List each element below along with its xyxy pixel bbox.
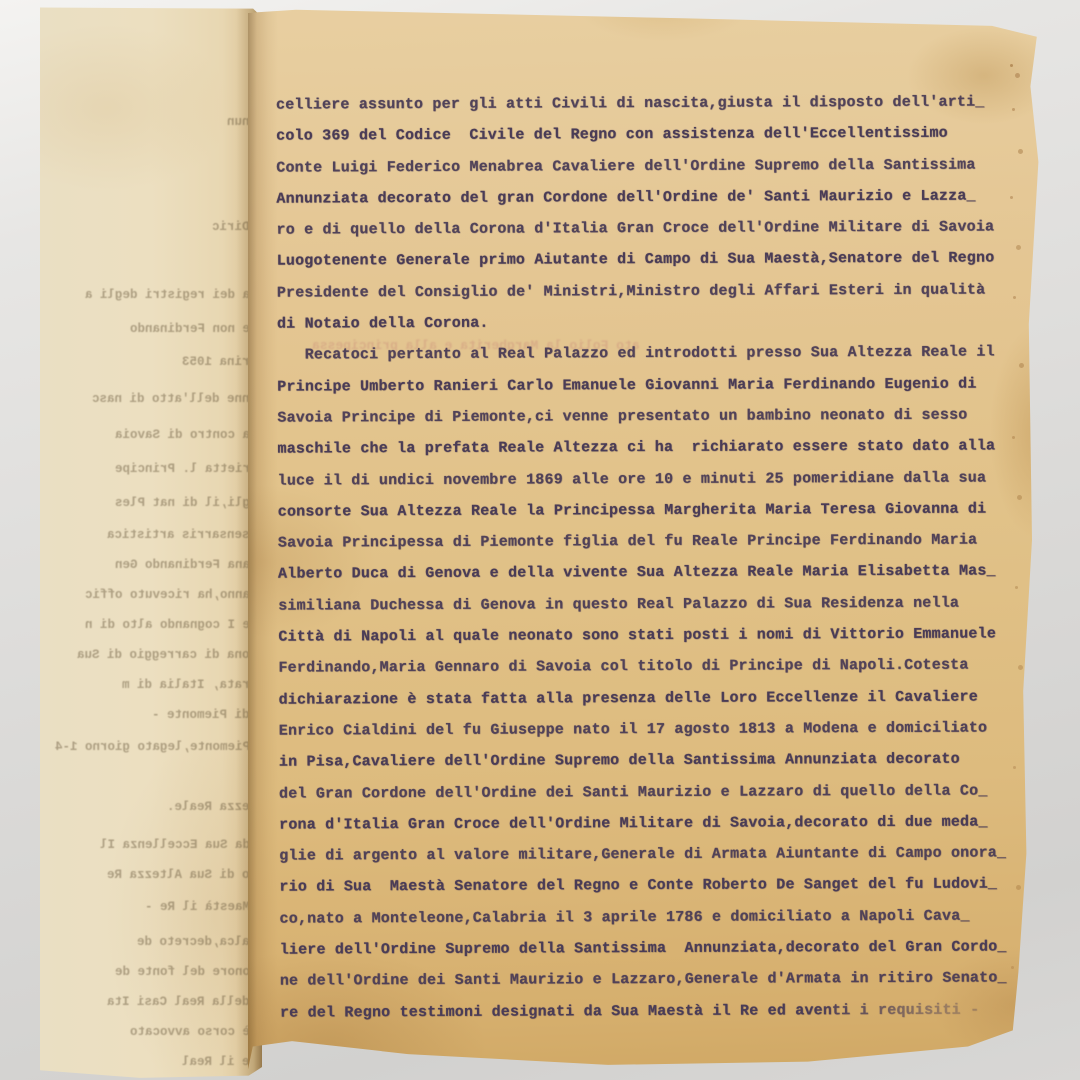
ghost-text-line: o di Sua Altezza Re: [107, 868, 250, 882]
text-line: Presidente del Consiglio de' Ministri,Mi…: [277, 281, 1021, 316]
ghost-text-line: alca,decreto de: [137, 935, 250, 949]
text-line: Recatoci pertanto al Real Palazzo ed int…: [277, 344, 1021, 379]
text-line: Annunziata decorato del gran Cordone del…: [276, 187, 1020, 222]
ghost-text-line: a dei registri degli a: [85, 288, 250, 302]
text-line: Savoia Principessa di Piemonte figlia de…: [278, 532, 1022, 567]
ghost-text-line: rata, Italia di m: [122, 678, 250, 692]
text-line: Enrico Cialdini del fu Giuseppe nato il …: [279, 719, 1023, 754]
text-line: del Gran Cordone dell'Ordine dei Santi M…: [279, 782, 1023, 817]
typewritten-text: celliere assunto per gli atti Civili di …: [276, 93, 1024, 1035]
ghost-text-line: a contro di Savoia: [115, 428, 250, 442]
ghost-text-line: Piemonte,legato giorno 1-4: [55, 740, 250, 754]
text-line: Città di Napoli al quale neonato sono st…: [278, 625, 1022, 660]
ghost-text-line: onore del fonte de: [115, 965, 250, 979]
text-line: ro e di quello della Corona d'Italia Gra…: [277, 219, 1021, 254]
text-line: Alberto Duca di Genova e della vivente S…: [278, 563, 1022, 598]
document-page: ato Folio la Margherita e alla principes…: [248, 0, 1048, 1080]
text-line: di Notaio della Corona.: [277, 312, 1021, 347]
ghost-text-line: anno,ha ricevuto offic: [85, 588, 250, 602]
ghost-text-line: ana Ferdinando Gen: [115, 558, 250, 572]
text-line: re del Regno testimoni designati da Sua …: [280, 1001, 1024, 1036]
ghost-text-line: nne dell'atto di nasc: [92, 392, 250, 406]
text-line: rio di Sua Maestà Senatore del Regno e C…: [279, 876, 1023, 911]
photographed-document: nunDirica dei registri degli ae non Ferd…: [0, 0, 1080, 1080]
ghost-text-line: della Real Casi Ita: [107, 995, 250, 1009]
text-line: rona d'Italia Gran Croce dell'Ordine Mil…: [279, 813, 1023, 848]
ghost-text-line: sensarris artistica: [107, 528, 250, 542]
text-line: similiana Duchessa di Genova in questo R…: [278, 594, 1022, 629]
ghost-text-line: e I cognando alto di n: [85, 618, 250, 632]
ghost-text-line: da Sua Eccellenza Il: [100, 838, 250, 852]
text-line: in Pisa,Cavaliere dell'Ordine Supremo de…: [279, 751, 1023, 786]
text-line: luce il di undici novembre 1869 alle ore…: [278, 469, 1022, 504]
text-line: colo 369 del Codice Civile del Regno con…: [276, 125, 1020, 160]
ghost-text-line: è corso avvocato: [130, 1025, 250, 1039]
edge-speckles: [1010, 64, 1013, 67]
text-line: Principe Umberto Ranieri Carlo Emanuele …: [277, 375, 1021, 410]
bottom-right-smudge: [978, 1036, 1025, 1074]
text-line: maschile che la prefata Reale Altezza ci…: [277, 438, 1021, 473]
gutter-shadow: [248, 0, 278, 1080]
text-line: co,nato a Monteleone,Calabria il 3 april…: [280, 907, 1024, 942]
text-line: ne dell'Ordine dei Santi Maurizio e Lazz…: [280, 970, 1024, 1005]
ghost-text-line: e non Ferdinando: [130, 322, 250, 336]
previous-page-verso: nunDirica dei registri degli ae non Ferd…: [40, 0, 262, 1080]
text-line: dichiarazione è stata fatta alla presenz…: [279, 688, 1023, 723]
text-line: consorte Sua Altezza Reale la Principess…: [278, 500, 1022, 535]
text-line: glie di argento al valore militare,Gener…: [279, 844, 1023, 879]
ghost-text-line: ona di carreggio di Sua: [77, 648, 250, 662]
ghost-text-line: rietta l. Principe: [115, 462, 250, 476]
ghost-text-line: Maestà il Re -: [145, 900, 250, 914]
text-line: celliere assunto per gli atti Civili di …: [276, 93, 1020, 128]
text-line: Luogotenente Generale primo Aiutante di …: [277, 250, 1021, 285]
text-line: Conte Luigi Federico Menabrea Cavaliere …: [276, 156, 1020, 191]
text-line: Savoia Principe di Piemonte,ci venne pre…: [277, 406, 1021, 441]
text-line: Ferdinando,Maria Gennaro di Savoia col t…: [278, 657, 1022, 692]
ghost-text-line: gli,il di nat Ples: [115, 496, 250, 510]
text-line: liere dell'Ordine Supremo della Santissi…: [280, 938, 1024, 973]
